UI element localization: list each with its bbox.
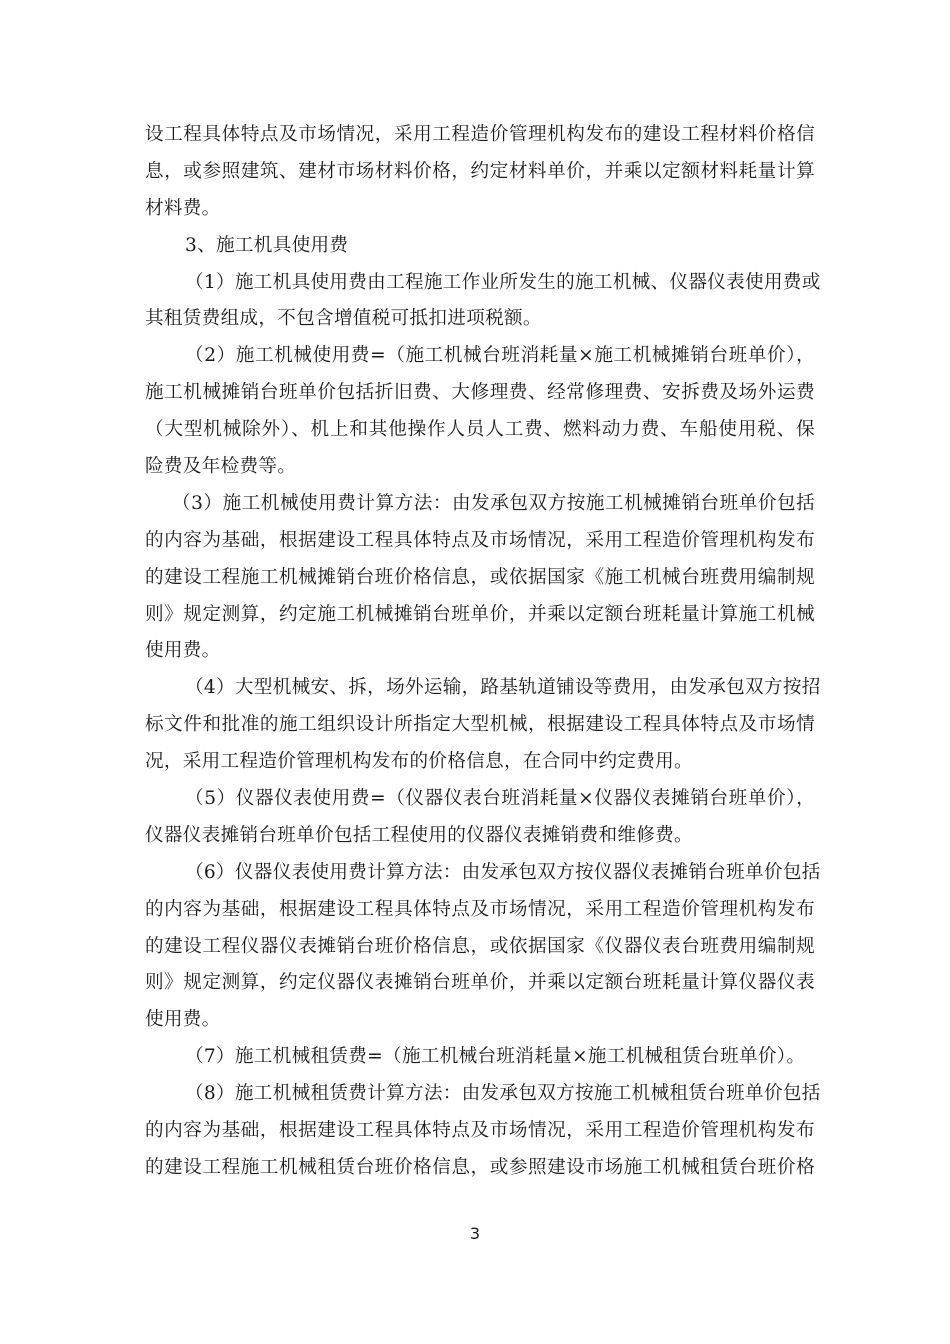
text-line: 险费及年检费等。 (145, 449, 815, 486)
text-line: 息，或参照建筑、建材市场材料价格，约定材料单价，并乘以定额材料耗量计算 (145, 154, 815, 191)
paragraph-item-4: （4）大型机械安、拆，场外运输，路基轨道铺设等费用，由发承包双方按招 标文件和批… (145, 670, 815, 781)
text-line: 使用费。 (145, 633, 815, 670)
text-line: 设工程具体特点及市场情况，采用工程造价管理机构发布的建设工程材料价格信 (145, 117, 815, 154)
paragraph-materials-continuation: 设工程具体特点及市场情况，采用工程造价管理机构发布的建设工程材料价格信 息，或参… (145, 117, 815, 228)
text-line: 标文件和批准的施工组织设计所指定大型机械，根据建设工程具体特点及市场情 (145, 707, 815, 744)
text-line: （8）施工机械租赁费计算方法：由发承包双方按施工机械租赁台班单价包括 (145, 1076, 815, 1113)
paragraph-item-8: （8）施工机械租赁费计算方法：由发承包双方按施工机械租赁台班单价包括 的内容为基… (145, 1076, 815, 1187)
text-line: 况，采用工程造价管理机构发布的价格信息，在合同中约定费用。 (145, 744, 815, 781)
text-line: （2）施工机械使用费=（施工机械台班消耗量×施工机械摊销台班单价）， (145, 338, 815, 375)
text-line: 则》规定测算，约定仪器仪表摊销台班单价，并乘以定额台班耗量计算仪器仪表 (145, 965, 815, 1002)
page-number: 3 (0, 1224, 950, 1243)
text-line: 的内容为基础，根据建设工程具体特点及市场情况，采用工程造价管理机构发布 (145, 1113, 815, 1150)
text-line: （6）仪器仪表使用费计算方法：由发承包双方按仪器仪表摊销台班单价包括 (145, 855, 815, 892)
text-line: 施工机械摊销台班单价包括折旧费、大修理费、经常修理费、安拆费及场外运费 (145, 375, 815, 412)
text-line: 仪器仪表摊销台班单价包括工程使用的仪器仪表摊销费和维修费。 (145, 818, 815, 855)
text-line: （3）施工机械使用费计算方法：由发承包双方按施工机械摊销台班单价包括 (145, 486, 815, 523)
text-line: 使用费。 (145, 1002, 815, 1039)
text-line: （4）大型机械安、拆，场外运输，路基轨道铺设等费用，由发承包双方按招 (145, 670, 815, 707)
paragraph-item-3: （3）施工机械使用费计算方法：由发承包双方按施工机械摊销台班单价包括 的内容为基… (145, 486, 815, 670)
text-line: 则》规定测算，约定施工机械摊销台班单价，并乘以定额台班耗量计算施工机械 (145, 597, 815, 634)
document-page: 设工程具体特点及市场情况，采用工程造价管理机构发布的建设工程材料价格信 息，或参… (145, 117, 815, 1187)
text-line: 的建设工程施工机械租赁台班价格信息，或参照建设市场施工机械租赁台班价格 (145, 1150, 815, 1187)
paragraph-item-5: （5）仪器仪表使用费=（仪器仪表台班消耗量×仪器仪表摊销台班单价）， 仪器仪表摊… (145, 781, 815, 855)
paragraph-item-7: （7）施工机械租赁费=（施工机械台班消耗量×施工机械租赁台班单价）。 (145, 1039, 815, 1076)
paragraph-item-1: （1）施工机具使用费由工程施工作业所发生的施工机械、仪器仪表使用费或 其租赁费组… (145, 265, 815, 339)
paragraph-item-2: （2）施工机械使用费=（施工机械台班消耗量×施工机械摊销台班单价）， 施工机械摊… (145, 338, 815, 486)
text-line: （5）仪器仪表使用费=（仪器仪表台班消耗量×仪器仪表摊销台班单价）， (145, 781, 815, 818)
text-line: 的内容为基础，根据建设工程具体特点及市场情况，采用工程造价管理机构发布 (145, 523, 815, 560)
text-line: 的建设工程施工机械摊销台班价格信息，或依据国家《施工机械台班费用编制规 (145, 560, 815, 597)
paragraph-item-6: （6）仪器仪表使用费计算方法：由发承包双方按仪器仪表摊销台班单价包括 的内容为基… (145, 855, 815, 1039)
text-line: （大型机械除外）、机上和其他操作人员人工费、燃料动力费、车船使用税、保 (145, 412, 815, 449)
section-heading: 3、施工机具使用费 (145, 228, 815, 265)
heading-text: 3、施工机具使用费 (145, 228, 815, 265)
text-line: 的建设工程仪器仪表摊销台班价格信息，或依据国家《仪器仪表台班费用编制规 (145, 929, 815, 966)
text-line: （1）施工机具使用费由工程施工作业所发生的施工机械、仪器仪表使用费或 (145, 265, 815, 302)
text-line: 材料费。 (145, 191, 815, 228)
text-line: 其租赁费组成，不包含增值税可抵扣进项税额。 (145, 301, 815, 338)
text-line: （7）施工机械租赁费=（施工机械台班消耗量×施工机械租赁台班单价）。 (145, 1039, 815, 1076)
text-line: 的内容为基础，根据建设工程具体特点及市场情况，采用工程造价管理机构发布 (145, 892, 815, 929)
